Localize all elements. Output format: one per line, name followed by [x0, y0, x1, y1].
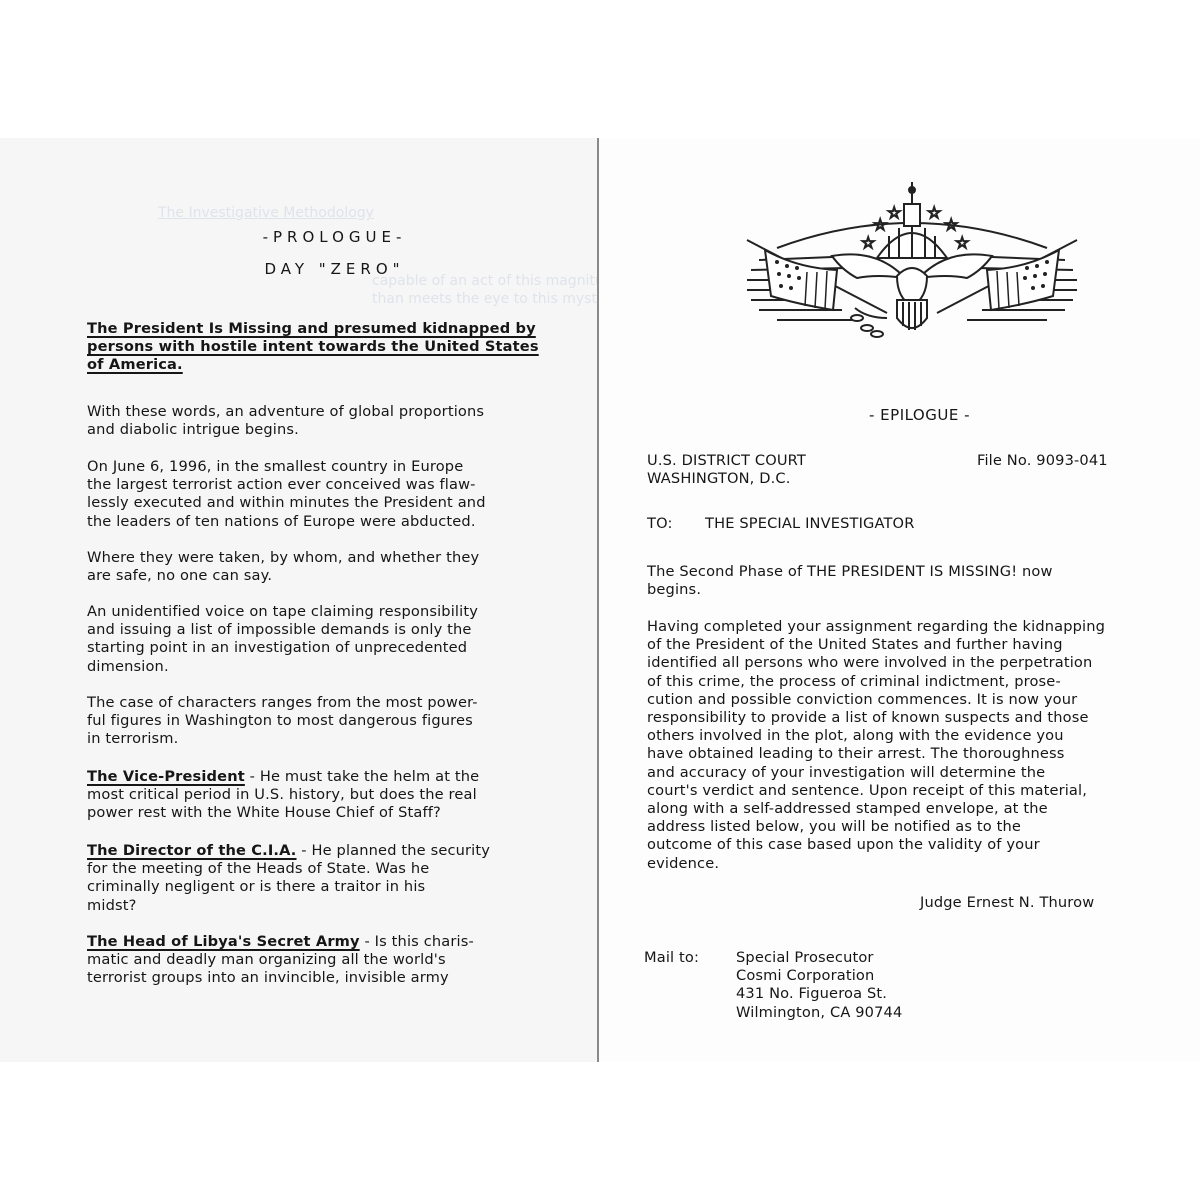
epilogue-page: ☆ ☆ ☆ ☆ ☆ ☆: [599, 138, 1200, 1062]
prologue-page: The Investigative Methodology capable of…: [0, 138, 597, 1062]
paragraph-voice: An unidentified voice on tape claiming r…: [87, 603, 478, 676]
show-through-heading: The Investigative Methodology: [158, 204, 374, 222]
svg-text:☆: ☆: [927, 203, 941, 222]
svg-text:☆: ☆: [944, 215, 958, 234]
svg-text:☆: ☆: [861, 233, 875, 252]
character-cia-director: The Director of the C.I.A. - He planned …: [87, 842, 490, 915]
day-zero-subtitle: DAY "ZERO": [0, 260, 597, 278]
judge-signature: Judge Ernest N. Thurow: [920, 894, 1094, 912]
paragraph-whereabouts: Where they were taken, by whom, and whet…: [87, 549, 479, 585]
addressee-value: THE SPECIAL INVESTIGATOR: [705, 515, 915, 533]
paragraph-characters: The case of characters ranges from the m…: [87, 694, 478, 749]
court-heading: U.S. DISTRICT COURT WASHINGTON, D.C.: [647, 452, 806, 488]
svg-text:☆: ☆: [887, 203, 901, 222]
character-name: The Head of Libya's Secret Army: [87, 933, 360, 950]
mail-to-label: Mail to:: [644, 949, 699, 967]
paragraph-event: On June 6, 1996, in the smallest country…: [87, 458, 486, 531]
file-number: File No. 9093-041: [977, 452, 1108, 470]
mailing-address: Special Prosecutor Cosmi Corporation 431…: [736, 949, 902, 1022]
svg-text:☆: ☆: [873, 215, 887, 234]
svg-text:☆: ☆: [955, 233, 969, 252]
character-name: The Vice-President: [87, 768, 245, 785]
character-libya-army-head: The Head of Libya's Secret Army - Is thi…: [87, 933, 474, 988]
character-vice-president: The Vice-President - He must take the he…: [87, 768, 479, 823]
capitol-eagle-emblem-icon: ☆ ☆ ☆ ☆ ☆ ☆: [737, 178, 1087, 358]
body-paragraph: Having completed your assignment regardi…: [647, 618, 1105, 873]
paragraph-intro: With these words, an adventure of global…: [87, 403, 484, 439]
character-name: The Director of the C.I.A.: [87, 842, 297, 859]
prologue-title: -PROLOGUE-: [0, 228, 597, 246]
prologue-headline: The President Is Missing and presumed ki…: [87, 320, 539, 375]
addressee-label: TO:: [647, 515, 673, 533]
booklet-spread: The Investigative Methodology capable of…: [0, 138, 1200, 1062]
intro-paragraph: The Second Phase of THE PRESIDENT IS MIS…: [647, 563, 1053, 599]
epilogue-title: - EPILOGUE -: [599, 406, 1200, 424]
